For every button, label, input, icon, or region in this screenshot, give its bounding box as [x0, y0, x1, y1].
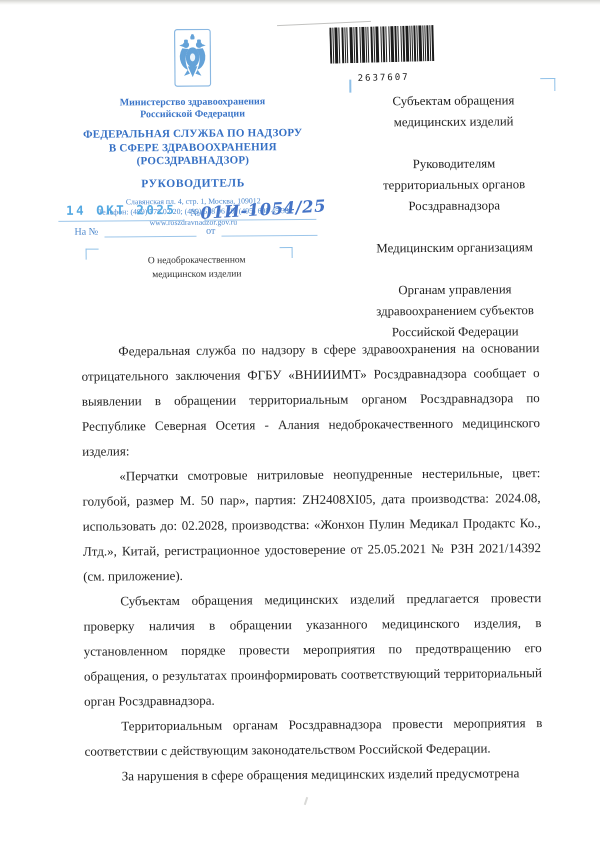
body-paragraph-4: Территориальным органам Росздравнадзора … [84, 710, 542, 764]
addressee-line: медицинских изделий [343, 111, 565, 134]
barcode-bars [329, 25, 436, 64]
addressee-line: Органам управления [344, 279, 566, 302]
addressee-group-1: Субъектам обращения медицинских изделий [342, 90, 564, 134]
ot-label: от [196, 226, 219, 237]
service-name: ФЕДЕРАЛЬНАЯ СЛУЖБА ПО НАДЗОРУ В СФЕРЕ ЗД… [54, 127, 332, 170]
service-line3: (РОСЗДРАВНАДЗОР) [54, 154, 332, 170]
subject-line2: медицинском изделии [107, 267, 287, 282]
na-label: На № [74, 227, 98, 238]
date-stamp: 14 ОКТ 2025 [66, 202, 176, 218]
ministry-name: Министерство здравоохранения Российской … [53, 96, 331, 122]
addressee-line: территориальных органов [343, 174, 565, 197]
body-paragraph-1: Федеральная служба по надзору в сфере зд… [81, 335, 540, 464]
body-paragraph-5: За нарушения в сфере обращения медицинск… [85, 760, 543, 789]
addressee-line: Руководителям [343, 153, 565, 176]
addressee-group-3: Медицинским организациям [344, 237, 566, 260]
incoming-number-blank [104, 225, 196, 238]
addressee-line: здравоохранением субъектов [344, 300, 566, 323]
scanned-letter-page: Министерство здравоохранения Российской … [0, 0, 600, 857]
addressee-list: Субъектам обращения медицинских изделий … [342, 90, 566, 344]
body-paragraph-3: Субъектам обращения медицинских изделий … [83, 585, 542, 714]
subject-line1: О недоброкачественном [107, 253, 287, 268]
letter-body: Федеральная служба по надзору в сфере зд… [81, 335, 543, 789]
russia-coat-of-arms-icon [173, 29, 210, 92]
addressee-line: Медицинским организациям [344, 237, 566, 260]
body-paragraph-2: «Перчатки смотровые нитриловые неопудрен… [82, 460, 541, 589]
subject-corner-left [86, 249, 99, 260]
reference-row: 14 ОКТ 2025 № 01И-1054/25 [58, 196, 338, 222]
subject-block: О недоброкачественном медицинском издели… [107, 253, 287, 282]
date-stamp-field: 14 ОКТ 2025 [58, 201, 184, 222]
service-line1: ФЕДЕРАЛЬНАЯ СЛУЖБА ПО НАДЗОРУ [54, 127, 332, 143]
ministry-line2: Российской Федерации [53, 108, 331, 122]
incoming-date-blank [221, 224, 317, 237]
letter-sheet: Министерство здравоохранения Российской … [0, 0, 600, 857]
incoming-reference-row: На № от [74, 224, 344, 238]
barcode-digits: 2637607 [355, 73, 413, 84]
handwritten-outgoing-number: 01И-1054/25 [199, 197, 320, 223]
barcode: 2637607 [327, 25, 438, 87]
position-title: РУКОВОДИТЕЛЬ [54, 176, 332, 190]
addressee-line: Росздравнадзора [343, 195, 565, 218]
outgoing-number-field: 01И-1054/25 [204, 196, 316, 221]
addressee-group-2: Руководителям территориальных органов Ро… [343, 153, 565, 218]
addressee-line: Субъектам обращения [342, 90, 564, 113]
addressee-group-4: Органам управления здравоохранением субъ… [344, 279, 566, 344]
